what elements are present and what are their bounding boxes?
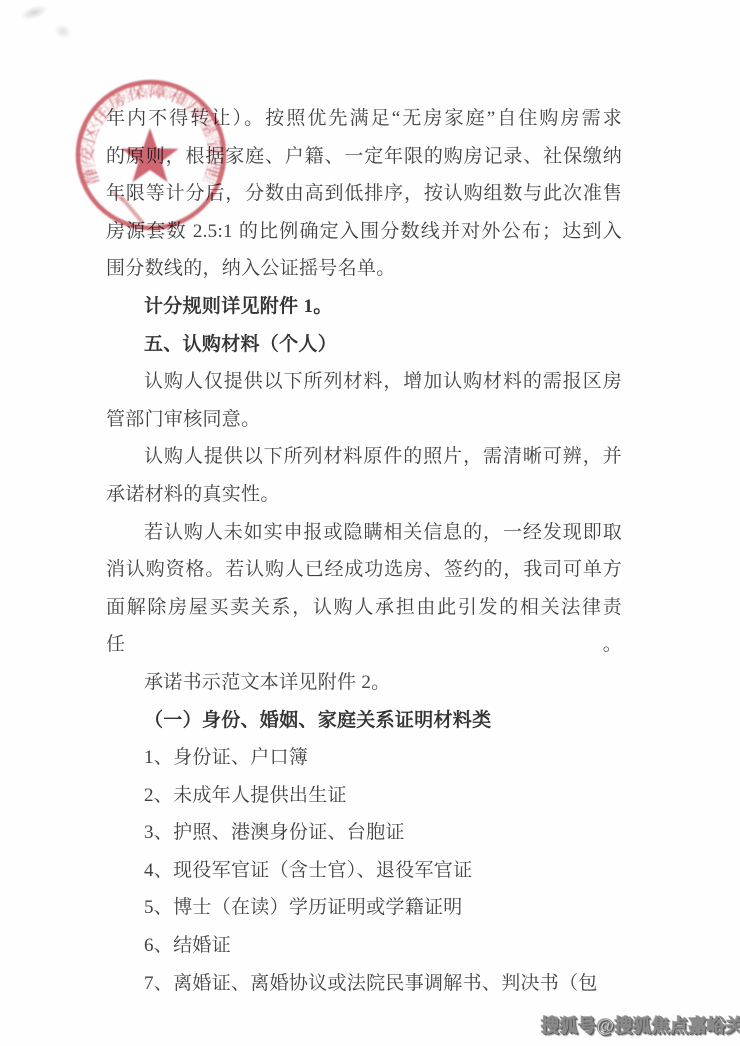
subsection-heading-1: （一）身份、婚姻、家庭关系证明材料类 bbox=[106, 702, 622, 740]
text-line: 认购人提供以下所列材料原件的照片，需清晰可辨，并 bbox=[106, 438, 622, 476]
list-item: 4、现役军官证（含士官）、退役军官证 bbox=[106, 852, 622, 890]
text-line: 房源套数 2.5:1 的比例确定入围分数线并对外公布；达到入 bbox=[106, 213, 622, 251]
list-item: 5、博士（在读）学历证明或学籍证明 bbox=[106, 889, 622, 927]
attachment-1-note: 计分规则详见附件 1。 bbox=[106, 288, 622, 326]
text-line: 的原则，根据家庭、户籍、一定年限的购房记录、社保缴纳 bbox=[106, 138, 622, 176]
text-line: 若认购人未如实申报或隐瞒相关信息的，一经发现即取 bbox=[106, 514, 622, 552]
text-line: 面解除房屋买卖关系，认购人承担由此引发的相关法律责任。 bbox=[106, 589, 622, 664]
text-line: 认购人仅提供以下所列材料，增加认购材料的需报区房 bbox=[106, 363, 622, 401]
list-item: 6、结婚证 bbox=[106, 927, 622, 965]
list-item: 2、未成年人提供出生证 bbox=[106, 777, 622, 815]
list-item: 7、离婚证、离婚协议或法院民事调解书、判决书（包 bbox=[106, 965, 622, 1003]
text-line: 消认购资格。若认购人已经成功选房、签约的，我司可单方 bbox=[106, 551, 622, 589]
scan-smudge bbox=[52, 21, 74, 41]
souhu-watermark: 搜狐号@搜狐焦点嘉峪关站 bbox=[541, 1012, 740, 1038]
attachment-2-note: 承诺书示范文本详见附件 2。 bbox=[106, 664, 622, 702]
text-line: 管部门审核同意。 bbox=[106, 401, 622, 439]
list-item: 1、身份证、户口簿 bbox=[106, 739, 622, 777]
text-line: 年限等计分后，分数由高到低排序，按认购组数与此次准售 bbox=[106, 175, 622, 213]
section-heading-5: 五、认购材料（个人） bbox=[106, 326, 622, 364]
text-line: 年内不得转让）。按照优先满足“无房家庭”自住购房需求 bbox=[106, 100, 622, 138]
text-line: 围分数线的，纳入公证摇号名单。 bbox=[106, 250, 622, 288]
list-item: 3、护照、港澳身份证、台胞证 bbox=[106, 814, 622, 852]
scanned-document-page: 年内不得转让）。按照优先满足“无房家庭”自住购房需求 的原则，根据家庭、户籍、一… bbox=[0, 0, 740, 1046]
text-line: 承诺材料的真实性。 bbox=[106, 476, 622, 514]
document-text: 年内不得转让）。按照优先满足“无房家庭”自住购房需求 的原则，根据家庭、户籍、一… bbox=[106, 100, 622, 1002]
scan-smudge bbox=[19, 2, 50, 23]
